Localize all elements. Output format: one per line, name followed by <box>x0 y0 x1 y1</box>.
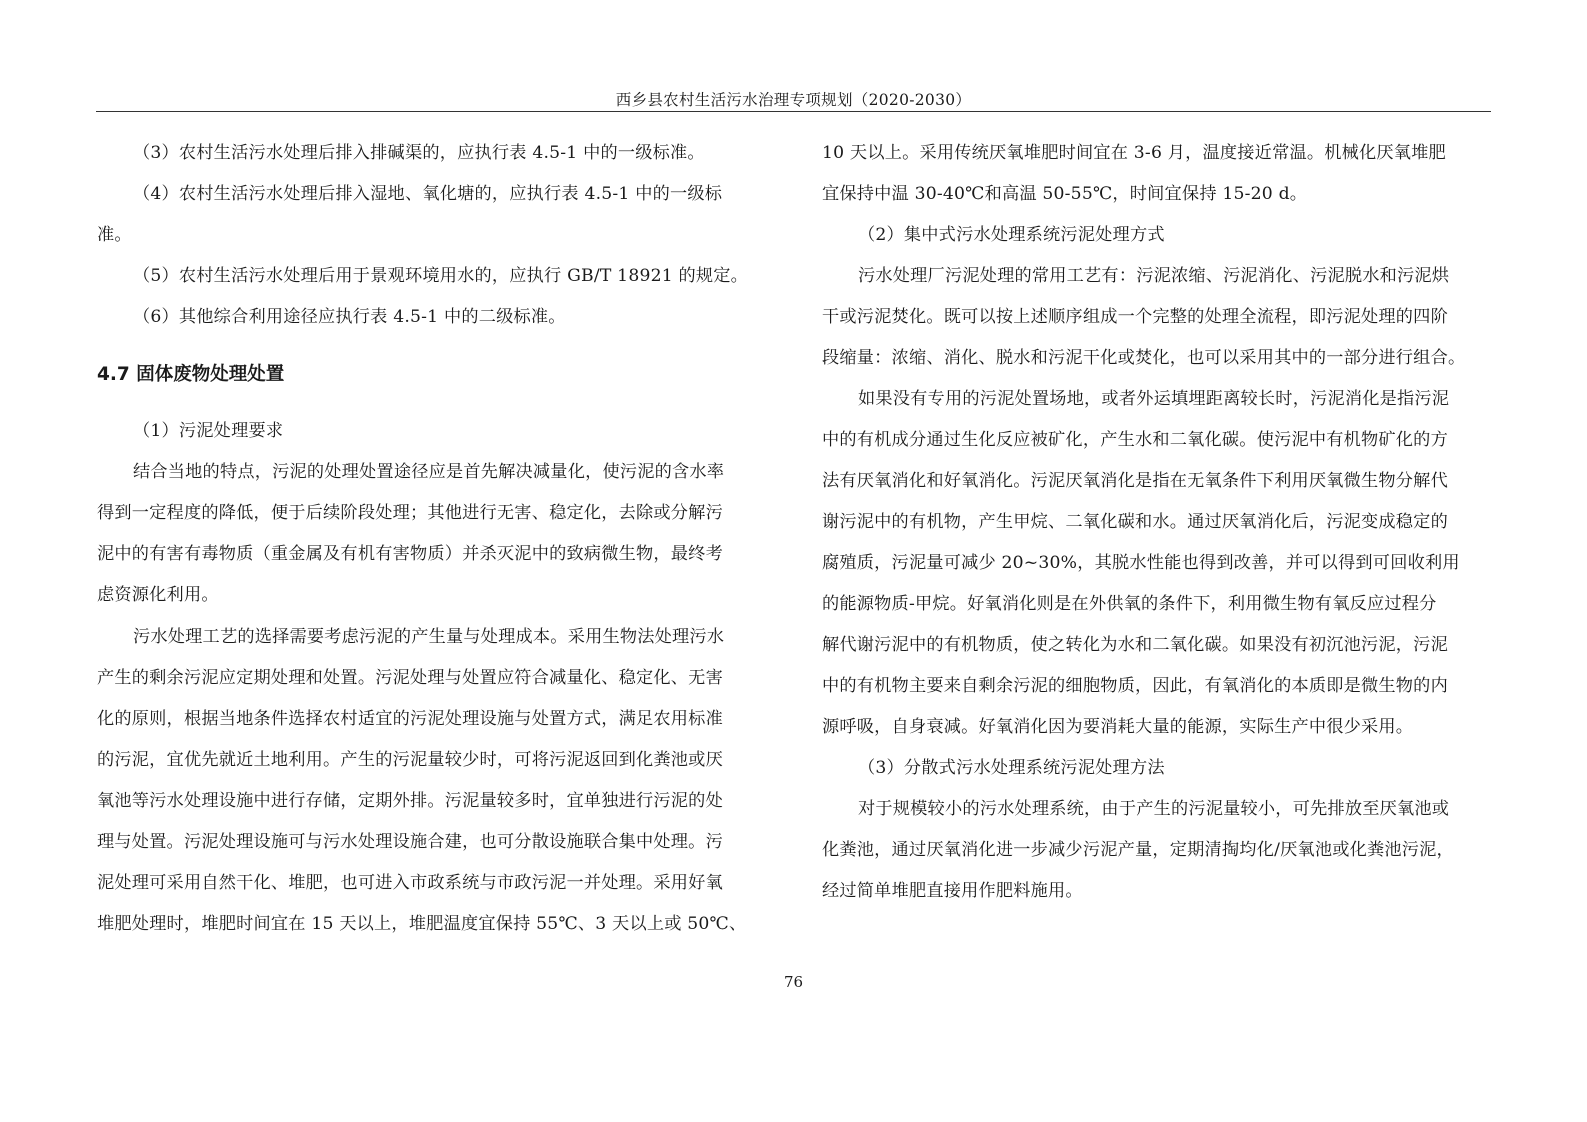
text-line: 干或污泥焚化。既可以按上述顺序组成一个完整的处理全流程，即污泥处理的四阶 <box>822 306 1448 328</box>
text-line: 结合当地的特点，污泥的处理处置途径应是首先解决减量化，使污泥的含水率 <box>133 461 724 483</box>
text-line: 法有厌氧消化和好氧消化。污泥厌氧消化是指在无氧条件下利用厌氧微生物分解代 <box>822 470 1448 492</box>
text-line: 腐殖质，污泥量可减少 20~30%，其脱水性能也得到改善，并可以得到可回收利用 <box>822 552 1460 574</box>
text-line: 化的原则，根据当地条件选择农村适宜的污泥处理设施与处置方式，满足农用标准 <box>97 708 723 730</box>
page-header-title: 西乡县农村生活污水治理专项规划（2020-2030） <box>0 88 1587 110</box>
text-line: （6）其他综合利用途径应执行表 4.5-1 中的二级标准。 <box>133 306 566 328</box>
text-line: 解代谢污泥中的有机物质，使之转化为水和二氧化碳。如果没有初沉池污泥，污泥 <box>822 634 1448 656</box>
text-line: 源呼吸，自身衰减。好氧消化因为要消耗大量的能源，实际生产中很少采用。 <box>822 716 1413 738</box>
text-line: 泥处理可采用自然干化、堆肥，也可进入市政系统与市政污泥一并处理。采用好氧 <box>97 872 723 894</box>
text-line: 的污泥，宜优先就近土地利用。产生的污泥量较少时，可将污泥返回到化粪池或厌 <box>97 749 723 771</box>
text-line: 10 天以上。采用传统厌氧堆肥时间宜在 3-6 月，温度接近常温。机械化厌氧堆肥 <box>822 142 1446 164</box>
text-line: （5）农村生活污水处理后用于景观环境用水的，应执行 GB/T 18921 的规定… <box>133 265 748 287</box>
text-line: 宜保持中温 30-40℃和高温 50-55℃，时间宜保持 15-20 d。 <box>822 183 1307 205</box>
text-line: （3）农村生活污水处理后排入排碱渠的，应执行表 4.5-1 中的一级标准。 <box>133 142 705 164</box>
text-line: 虑资源化利用。 <box>97 584 219 606</box>
text-line: （4）农村生活污水处理后排入湿地、氧化塘的，应执行表 4.5-1 中的一级标 <box>133 183 722 205</box>
text-line: 谢污泥中的有机物，产生甲烷、二氧化碳和水。通过厌氧消化后，污泥变成稳定的 <box>822 511 1448 533</box>
text-line: （3）分散式污水处理系统污泥处理方法 <box>858 757 1165 779</box>
text-line: 污水处理厂污泥处理的常用工艺有：污泥浓缩、污泥消化、污泥脱水和污泥烘 <box>858 265 1449 287</box>
text-line: 产生的剩余污泥应定期处理和处置。污泥处理与处置应符合减量化、稳定化、无害 <box>97 667 723 689</box>
header-divider <box>96 111 1491 112</box>
text-line: 氧池等污水处理设施中进行存储，定期外排。污泥量较多时，宜单独进行污泥的处 <box>97 790 723 812</box>
text-line: 经过简单堆肥直接用作肥料施用。 <box>822 880 1083 902</box>
page-number: 76 <box>0 973 1587 991</box>
text-line: 如果没有专用的污泥处置场地，或者外运填埋距离较长时，污泥消化是指污泥 <box>858 388 1449 410</box>
text-line: 泥中的有害有毒物质（重金属及有机有害物质）并杀灭泥中的致病微生物，最终考 <box>97 543 723 565</box>
text-line: 段缩量：浓缩、消化、脱水和污泥干化或焚化，也可以采用其中的一部分进行组合。 <box>822 347 1465 369</box>
text-line: （2）集中式污水处理系统污泥处理方式 <box>858 224 1165 246</box>
text-line: （1）污泥处理要求 <box>133 420 283 442</box>
text-line: 对于规模较小的污水处理系统，由于产生的污泥量较小，可先排放至厌氧池或 <box>858 798 1449 820</box>
text-line: 准。 <box>97 224 132 246</box>
section-heading: 4.7 固体废物处理处置 <box>97 363 284 387</box>
text-line: 化粪池，通过厌氧消化进一步减少污泥产量，定期清掏均化/厌氧池或化粪池污泥， <box>822 839 1454 861</box>
text-line: 的能源物质-甲烷。好氧消化则是在外供氧的条件下，利用微生物有氧反应过程分 <box>822 593 1437 615</box>
text-line: 中的有机物主要来自剩余污泥的细胞物质，因此，有氧消化的本质即是微生物的内 <box>822 675 1448 697</box>
text-line: 污水处理工艺的选择需要考虑污泥的产生量与处理成本。采用生物法处理污水 <box>133 626 724 648</box>
text-line: 中的有机成分通过生化反应被矿化，产生水和二氧化碳。使污泥中有机物矿化的方 <box>822 429 1448 451</box>
text-line: 堆肥处理时，堆肥时间宜在 15 天以上，堆肥温度宜保持 55℃、3 天以上或 5… <box>97 913 746 935</box>
text-line: 理与处置。污泥处理设施可与污水处理设施合建，也可分散设施联合集中处理。污 <box>97 831 723 853</box>
text-line: 得到一定程度的降低，便于后续阶段处理；其他进行无害、稳定化，去除或分解污 <box>97 502 723 524</box>
